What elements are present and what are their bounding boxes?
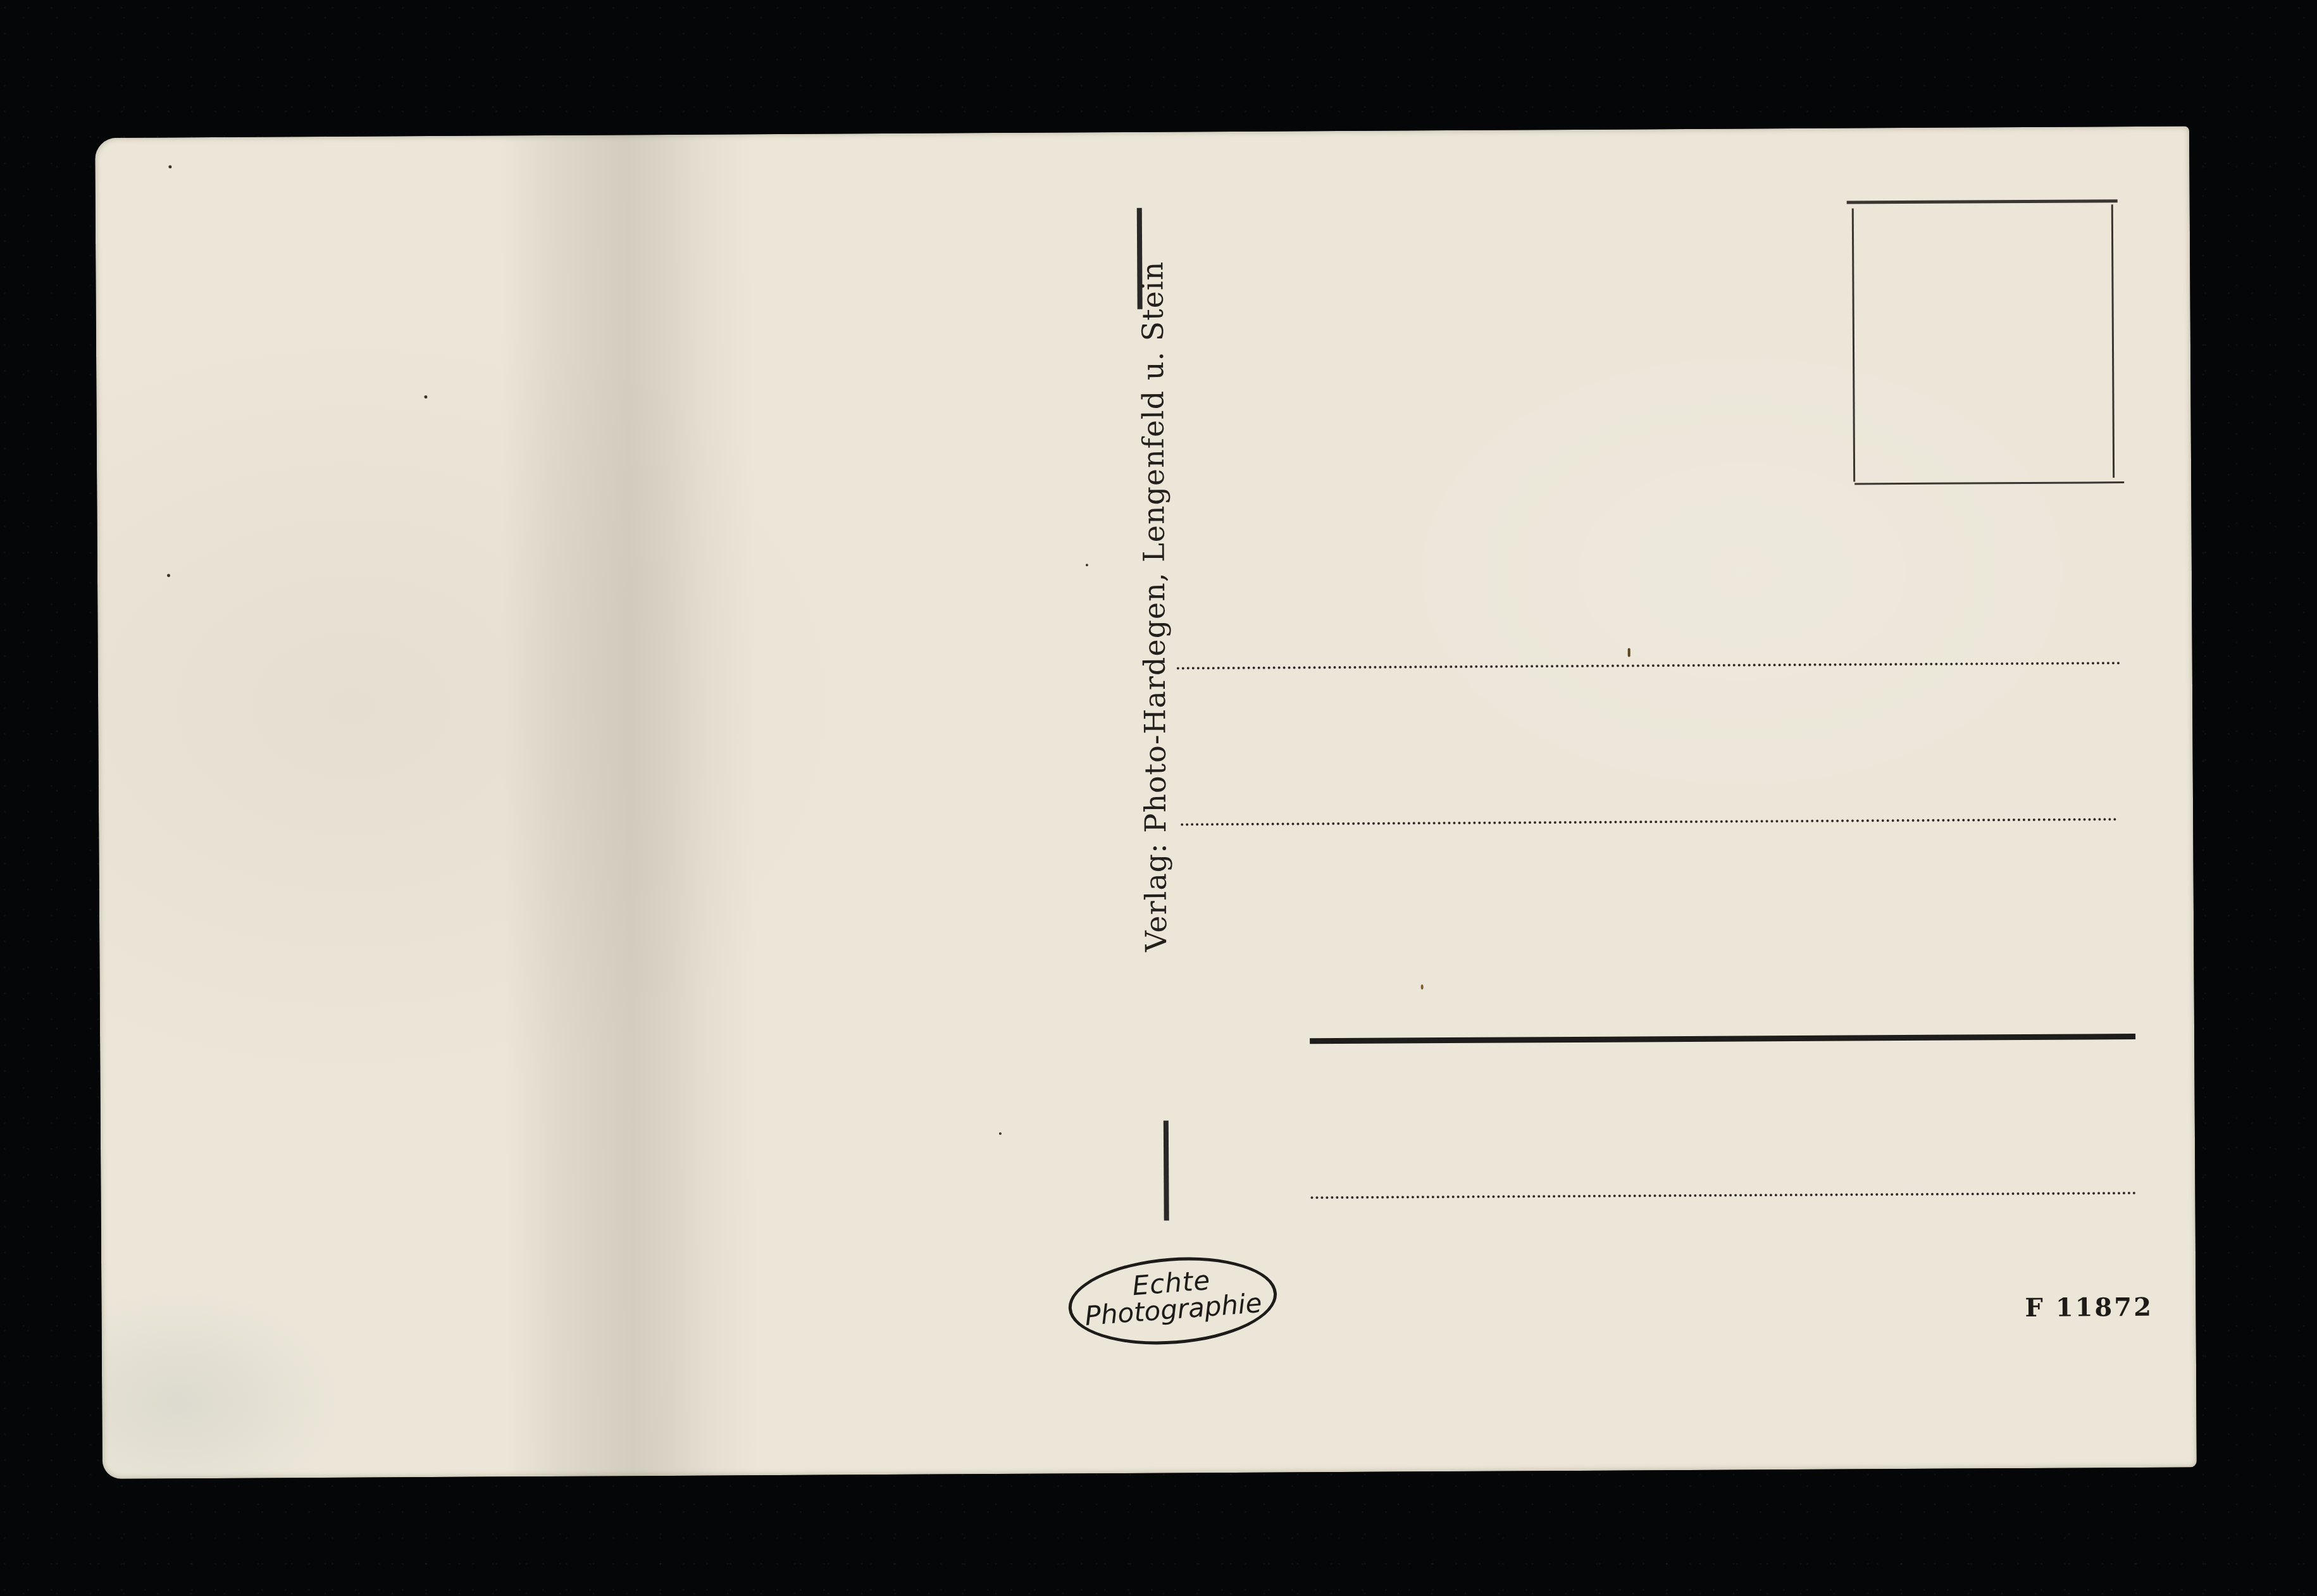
divider-bar-bottom [1164,1121,1169,1221]
paper-speck [424,395,427,399]
address-line-solid[interactable] [1310,1034,2135,1044]
paper-speck [999,1132,1002,1135]
address-line-1[interactable] [1177,662,2121,669]
stamp-box-left-edge [1852,208,1855,481]
address-line-2[interactable] [1181,818,2117,826]
stamp-box-top-edge [1847,199,2118,204]
publisher-imprint: Verlag: Photo-Hardegen, Lengenfeld u. St… [1133,221,1176,993]
stamp-box-bottom-edge [1854,481,2124,485]
paper-speck [1628,648,1631,657]
stamp-box-right-edge [2111,204,2115,478]
paper-speck [1086,564,1088,566]
card-number: F 11872 [2025,1292,2153,1323]
paper-speck [168,165,171,168]
postage-stamp-box [1847,199,2109,473]
paper-speck [167,574,170,577]
address-line-3[interactable] [1310,1192,2136,1199]
echte-photographie-stamp: Echte Photographie [1065,1250,1280,1351]
postcard-back: Verlag: Photo-Hardegen, Lengenfeld u. St… [95,127,2197,1479]
paper-speck [1421,984,1424,989]
